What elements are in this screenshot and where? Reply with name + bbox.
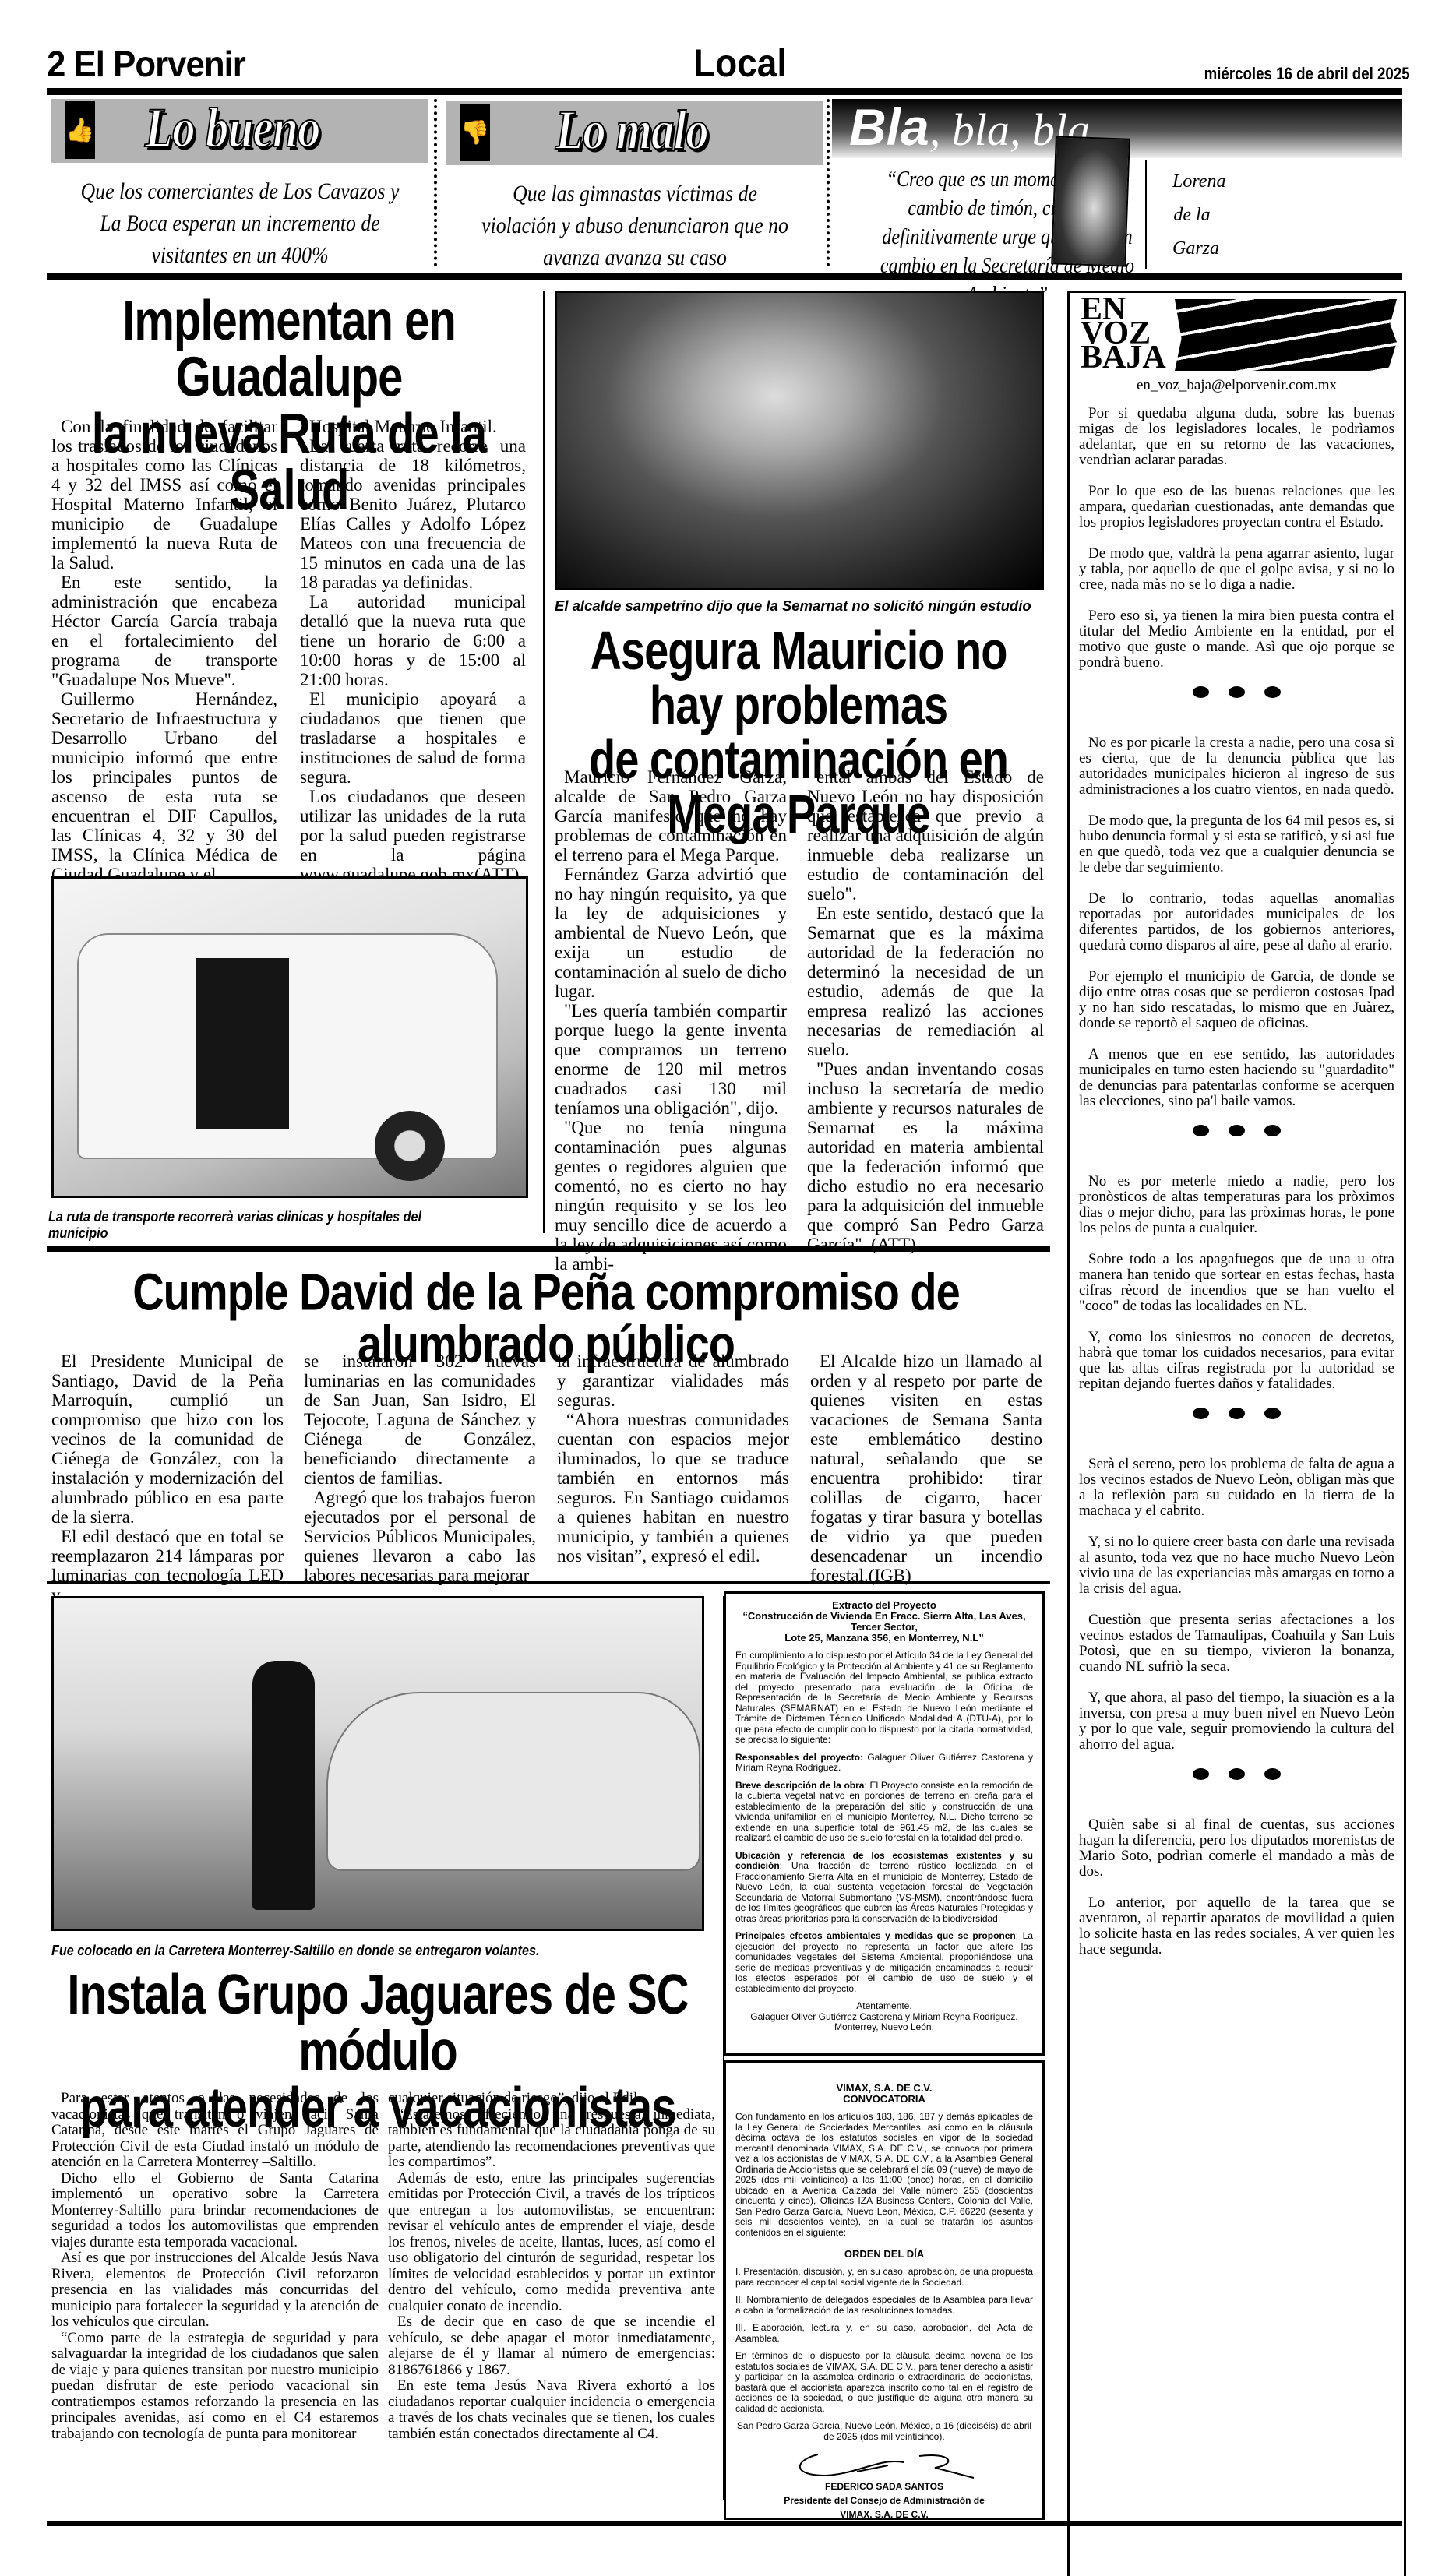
project-extract-notice: Extracto del Proyecto “Construcción de V… bbox=[724, 1591, 1045, 2056]
transport-van-photo bbox=[51, 876, 528, 1198]
jaguares-column-2: cualquier situación de riesgo”, dijo el … bbox=[388, 2091, 715, 2442]
lo-malo-banner: 👎 Lo malo bbox=[446, 101, 823, 165]
mauricio-photo-caption: El alcalde sampetrino dijo que la Semarn… bbox=[555, 597, 1044, 615]
name-divider bbox=[1145, 160, 1147, 269]
signature-image bbox=[787, 2448, 982, 2479]
guadalupe-column-2: Hospital Materno Infantil. La cuarta rut… bbox=[300, 417, 526, 884]
david-column-4: El Alcalde hizo un llamado al orden y al… bbox=[810, 1351, 1042, 1585]
lo-bueno-text: Que los comerciantes de Los Cavazos y La… bbox=[78, 175, 402, 271]
lo-bueno-title: Lo bueno bbox=[145, 96, 320, 160]
speaker-portrait-photo bbox=[1051, 136, 1130, 266]
jaguares-photo-caption: Fue colocado en la Carretera Monterrey-S… bbox=[51, 1943, 640, 1959]
section-rule bbox=[47, 273, 1402, 280]
section-separator-dots bbox=[1079, 1768, 1394, 1780]
section-separator-dots bbox=[1079, 1125, 1394, 1136]
jaguares-column-1: Para estar atentos a las necesidades de … bbox=[51, 2091, 379, 2442]
torn-paper-logo-art bbox=[1175, 299, 1397, 371]
david-column-2: se instalaron 302 nuevas luminarias en l… bbox=[304, 1351, 536, 1585]
header-rule bbox=[47, 88, 1402, 95]
civil-protection-checkpoint-photo bbox=[51, 1596, 704, 1931]
en-voz-baja-logo: EN VOZ BAJA bbox=[1081, 298, 1166, 370]
vimax-convocatoria-notice: VIMAX, S.A. DE C.V. CONVOCATORIA Con fun… bbox=[724, 2060, 1045, 2520]
mauricio-column-1: Mauricio Fernández Garza, alcalde de San… bbox=[555, 767, 787, 1274]
page-number-and-masthead: 2 El Porvenir bbox=[47, 43, 245, 85]
footer-rule bbox=[47, 2521, 1402, 2526]
section-separator-dots bbox=[1079, 686, 1394, 698]
guadalupe-column-1: Con la finalidad de facilitar los trasla… bbox=[51, 417, 277, 884]
column-divider bbox=[434, 99, 437, 266]
mayor-portrait-photo bbox=[555, 291, 1044, 590]
lo-bueno-banner: 👍 Lo bueno bbox=[51, 99, 428, 163]
david-column-3: la infraestructura de alumbrado y garant… bbox=[557, 1351, 789, 1566]
en-voz-baja-email-link[interactable]: en_voz_baja@elporvenir.com.mx bbox=[1070, 377, 1404, 394]
thumbs-up-icon: 👍 bbox=[65, 101, 95, 159]
lo-malo-text: Que las gimnastas víctimas de violación … bbox=[473, 178, 797, 273]
mauricio-column-2: ental ambas del Estado de Nuevo León no … bbox=[807, 767, 1044, 1254]
van-photo-caption: La ruta de transporte recorrerà varias c… bbox=[48, 1209, 483, 1242]
david-column-1: El Presidente Municipal de Santiago, Dav… bbox=[51, 1351, 284, 1605]
lo-malo-title: Lo malo bbox=[555, 98, 708, 162]
section-title: Local bbox=[693, 41, 787, 86]
section-rule bbox=[47, 1581, 1050, 1584]
en-voz-baja-column: EN VOZ BAJA en_voz_baja@elporvenir.com.m… bbox=[1067, 291, 1406, 2576]
section-separator-dots bbox=[1079, 1408, 1394, 1419]
issue-date: miércoles 16 de abril del 2025 bbox=[1204, 64, 1410, 84]
column-divider bbox=[543, 291, 545, 1233]
section-rule bbox=[47, 1246, 1050, 1252]
thumbs-down-icon: 👎 bbox=[460, 104, 490, 161]
speaker-name: Lorena de la Garza bbox=[1172, 165, 1211, 266]
en-voz-baja-text: Por si quedaba alguna duda, sobre las bu… bbox=[1079, 406, 1394, 1973]
column-divider bbox=[827, 99, 830, 266]
